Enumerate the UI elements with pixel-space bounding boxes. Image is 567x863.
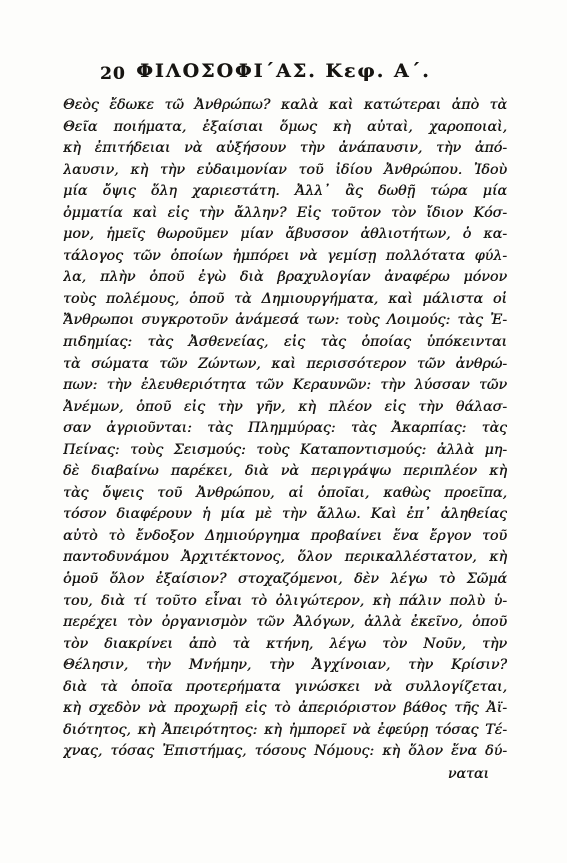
running-title: ΦΙΛΟΣΟΦΙ΄ΑΣ. Κεφ. Α΄. bbox=[0, 60, 567, 82]
text-line: κὴ ἐπιτήδειαι νὰ αὐξήσουν τὴν ἀνάπαυσιν,… bbox=[63, 138, 507, 160]
text-line: λαυσιν, κὴ τὴν εὐδαιμονίαν τοῦ ἰδίου Ἀνθ… bbox=[63, 160, 507, 182]
text-line: Θεῖα ποιήματα, ἐξαίσιαι ὅμως κὴ αὐταὶ, χ… bbox=[63, 117, 507, 139]
text-line: τὰς ὄψεις τοῦ Ἀνθρώπου, αἱ ὁποῖαι, καθὼς… bbox=[63, 483, 507, 505]
text-line: ὀμματία καὶ εἰς τὴν ἄλλην? Εἰς τοῦτον τὸ… bbox=[63, 203, 507, 225]
text-line: κὴ σχεδὸν νὰ προχωρῇ εἰς τὸ ἀπεριόριστον… bbox=[63, 698, 507, 720]
text-line: χνας, τόσας Ἐπιστήμας, τόσους Νόμους: κὴ… bbox=[63, 741, 507, 763]
text-line: Ἀνέμων, ὁποῦ εἰς τὴν γῆν, κὴ πλέον εἰς τ… bbox=[63, 397, 507, 419]
text-line: δὲ διαβαίνω παρέκει, διὰ νὰ περιγράψω πε… bbox=[63, 461, 507, 483]
text-line: διὰ τὰ ὁποῖα προτερήματα γινώσκει νὰ συλ… bbox=[63, 677, 507, 699]
catchword: ναται bbox=[448, 766, 489, 782]
catchword-row: ναται bbox=[63, 763, 507, 782]
page-header: 20 ΦΙΛΟΣΟΦΙ΄ΑΣ. Κεφ. Α΄. bbox=[0, 60, 567, 90]
text-line: τάλογος τῶν ὁποίων ἠμπόρει νὰ γεμίσῃ πολ… bbox=[63, 246, 507, 268]
text-line: αὐτὸ τὸ ἔνδοξον Δημιούργημα προβαίνει ἕν… bbox=[63, 526, 507, 548]
text-line: Θέλησιν, τὴν Μνήμην, τὴν Ἀγχίνοιαν, τὴν … bbox=[63, 655, 507, 677]
text-line: παντοδυνάμου Ἀρχιτέκτονος, ὅλον περικαλλ… bbox=[63, 547, 507, 569]
text-line: σαν ἀγριοῦνται: τὰς Πλημμύρας: τὰς Ἀκαρπ… bbox=[63, 418, 507, 440]
text-line: Θεὸς ἔδωκε τῶ Ἀνθρώπω? καλὰ καὶ κατώτερα… bbox=[63, 95, 507, 117]
text-line: ὁμοῦ ὅλον ἐξαίσιον? στοχαζόμενοι, δὲν λέ… bbox=[63, 569, 507, 591]
text-line: τὰ σώματα τῶν Ζώντων, καὶ περισσότερον τ… bbox=[63, 354, 507, 376]
text-line: πιδημίας: τὰς Ἀσθενείας, εἰς τὰς ὁποίας … bbox=[63, 332, 507, 354]
text-line: πων: τὴν ἐλευθεριότητα τῶν Κεραυνῶν: τὴν… bbox=[63, 375, 507, 397]
text-line: Πείνας: τοὺς Σεισμούς: τοὺς Καταποντισμο… bbox=[63, 440, 507, 462]
text-line: τόσον διαφέρουν ἡ μία μὲ τὴν ἄλλω. Καὶ ἐ… bbox=[63, 504, 507, 526]
text-line: Ἄνθρωποι συγκροτοῦν ἀνάμεσά των: τοὺς Λο… bbox=[63, 310, 507, 332]
text-line: τοὺς πολέμους, ὁποῦ τὰ Δημιουργήματα, κα… bbox=[63, 289, 507, 311]
text-line: διότητος, κὴ Ἀπειρότητος: κὴ ἠμπορεῖ νὰ … bbox=[63, 720, 507, 742]
book-page: 20 ΦΙΛΟΣΟΦΙ΄ΑΣ. Κεφ. Α΄. Θεὸς ἔδωκε τῶ Ἀ… bbox=[0, 0, 567, 863]
text-line: μία ὄψις ὅλη χαριεστάτη. Ἀλλ᾽ ἂς δωθῇ τώ… bbox=[63, 181, 507, 203]
text-line: περέχει τὸν ὀργανισμὸν τῶν Ἀλόγων, ἀλλὰ … bbox=[63, 612, 507, 634]
text-line: του, διὰ τί τοῦτο εἶναι τὸ ὀλιγώτερον, κ… bbox=[63, 591, 507, 613]
text-line: λα, πλὴν ὁποῦ ἐγὼ διὰ βραχυλογίαν ἀναφέρ… bbox=[63, 267, 507, 289]
text-line: τὸν διακρίνει ἀπὸ τὰ κτήνη, λέγω τὸν Νοῦ… bbox=[63, 634, 507, 656]
text-line: μον, ἡμεῖς θωροῦμεν μίαν ἄβυσσον ἀθλιοτή… bbox=[63, 224, 507, 246]
page-number: 20 bbox=[100, 64, 126, 84]
body-text: Θεὸς ἔδωκε τῶ Ἀνθρώπω? καλὰ καὶ κατώτερα… bbox=[63, 95, 507, 763]
